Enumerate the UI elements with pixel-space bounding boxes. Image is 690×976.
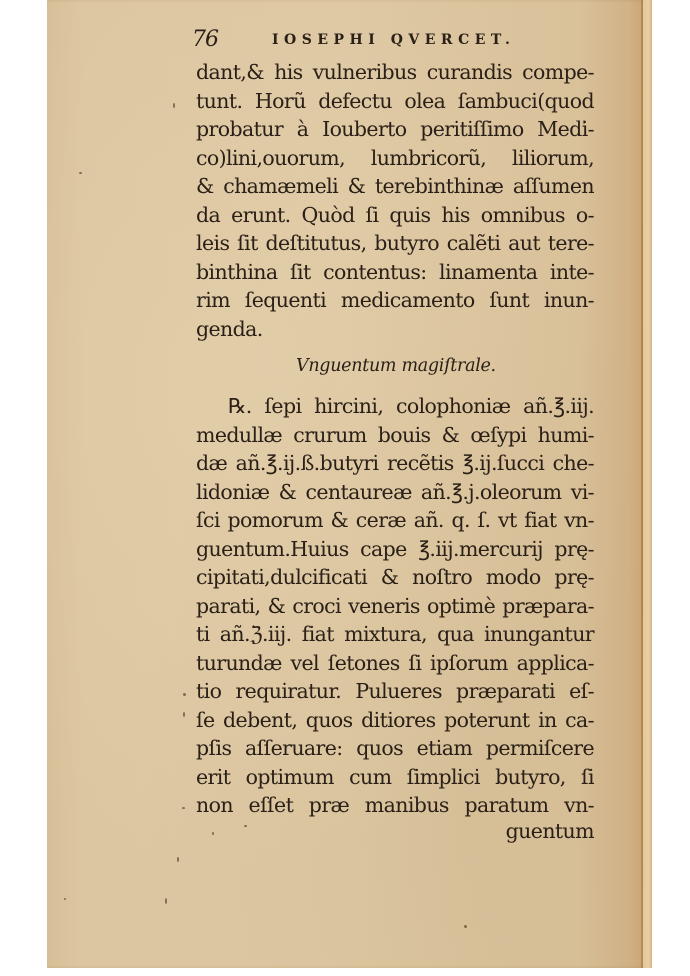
text-line: turundæ vel ſetones ſi ipſorum applica- [196, 649, 594, 677]
text-line: dant,& his vulneribus curandis compe- [196, 58, 594, 86]
text-line: erit optimum cum ſimplici butyro, ſi [196, 763, 594, 791]
text-line: rim ſequenti medicamento ſunt inun- [196, 286, 594, 314]
text-line: & chamæmeli & terebinthinæ aſſumen [196, 172, 594, 200]
text-line: ti añ.ℨ.iij. fiat mixtura, qua inungantu… [196, 620, 594, 648]
ink-speck [464, 925, 467, 928]
text-line: dæ añ.℥.ij.ß.butyri recẽtis ℥.ij.ſucci c… [196, 449, 594, 477]
ink-speck [177, 857, 179, 862]
text-line: da erunt. Quòd ſi quis his omnibus o- [196, 201, 594, 229]
text-line: co)lini,ouorum, lumbricorũ, liliorum, [196, 144, 594, 172]
running-title: IOSEPHI QVERCET. [272, 32, 515, 48]
running-head: 76 IOSEPHI QVERCET. [192, 27, 592, 53]
text-line: ſci pomorum & ceræ añ. q. ſ. vt fiat vn- [196, 506, 594, 534]
text-line: ℞. ſepi hircini, colophoniæ añ.℥.iij. [228, 392, 594, 420]
section-heading: Vnguentum magiſtrale. [296, 354, 506, 378]
text-line: parati, & croci veneris optimè præpara- [196, 592, 594, 620]
text-line: probatur à Iouberto peritiſſimo Medi- [196, 115, 594, 143]
text-line: leis ſit deſtitutus, butyro calẽti aut t… [196, 229, 594, 257]
page-edge [643, 0, 652, 968]
text-line: cipitati,dulcificati & noſtro modo prę- [196, 563, 594, 591]
ink-speck [183, 693, 186, 696]
page-number: 76 [192, 27, 218, 52]
text-line: tio requiratur. Pulueres præparati eſ- [196, 677, 594, 705]
catchword: guentum [196, 817, 594, 845]
text-line: genda. [196, 315, 594, 343]
text-line: binthina ſit contentus: linamenta inte- [196, 258, 594, 286]
ink-speck [183, 712, 185, 717]
text-line: ſe debent, quos ditiores poterunt in ca- [196, 706, 594, 734]
text-line: guentum.Huius cape ℥.iij.mercurij prę- [196, 535, 594, 563]
ink-speck [182, 807, 185, 809]
text-line: tunt. Horũ defectu olea ſambuci(quod [196, 87, 594, 115]
ink-speck [79, 172, 82, 174]
ink-speck [165, 898, 167, 904]
ink-speck [64, 898, 66, 900]
text-line: pſis aſſeruare: quos etiam permiſcere [196, 734, 594, 762]
ink-speck [173, 103, 175, 108]
text-line: non eſſet præ manibus paratum vn- [196, 791, 594, 819]
text-line: medullæ crurum bouis & œſypi humi- [196, 421, 594, 449]
text-line: lidoniæ & centaureæ añ.℥.j.oleorum vi- [196, 478, 594, 506]
